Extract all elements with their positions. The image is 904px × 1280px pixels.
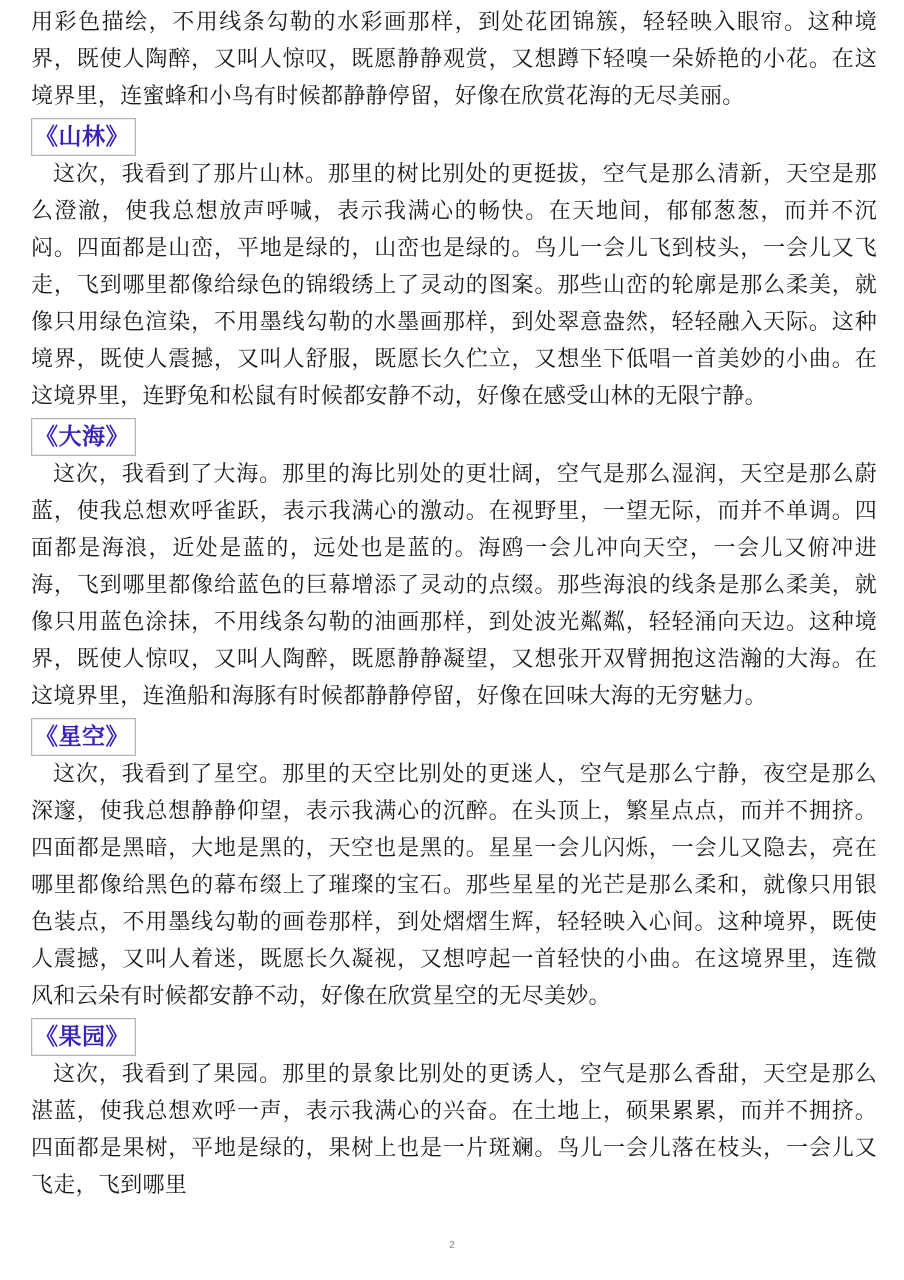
section-body: 这次，我看到了果园。那里的景象比别处的更诱人，空气是那么香甜，天空是那么湛蓝，使… — [31, 1056, 877, 1204]
section-title: 《星空》 — [35, 724, 129, 750]
section-heading-box: 《大海》 — [31, 418, 136, 456]
section-title: 《大海》 — [35, 424, 129, 450]
document-page: 用彩色描绘，不用线条勾勒的水彩画那样，到处花团锦簇，轻轻映入眼帘。这种境界，既使… — [31, 0, 877, 1204]
section-heading-box: 《果园》 — [31, 1018, 136, 1056]
section-body: 这次，我看到了大海。那里的海比别处的更壮阔，空气是那么湿润，天空是那么蔚蓝，使我… — [31, 456, 877, 715]
section-xingkong: 《星空》 这次，我看到了星空。那里的天空比别处的更迷人，空气是那么宁静，夜空是那… — [31, 715, 877, 1015]
intro-paragraph-fragment: 用彩色描绘，不用线条勾勒的水彩画那样，到处花团锦簇，轻轻映入眼帘。这种境界，既使… — [31, 0, 877, 115]
section-title: 《山林》 — [35, 124, 129, 150]
section-shanlin: 《山林》 这次，我看到了那片山林。那里的树比别处的更挺拔，空气是那么清新，天空是… — [31, 115, 877, 415]
section-title: 《果园》 — [35, 1024, 129, 1050]
section-body: 这次，我看到了那片山林。那里的树比别处的更挺拔，空气是那么清新，天空是那么澄澈，… — [31, 156, 877, 415]
section-dahai: 《大海》 这次，我看到了大海。那里的海比别处的更壮阔，空气是那么湿润，天空是那么… — [31, 415, 877, 715]
section-body: 这次，我看到了星空。那里的天空比别处的更迷人，空气是那么宁静，夜空是那么深邃，使… — [31, 756, 877, 1015]
section-guoyuan: 《果园》 这次，我看到了果园。那里的景象比别处的更诱人，空气是那么香甜，天空是那… — [31, 1015, 877, 1204]
section-heading-box: 《山林》 — [31, 118, 136, 156]
page-number: 2 — [0, 1240, 904, 1251]
section-heading-box: 《星空》 — [31, 718, 136, 756]
